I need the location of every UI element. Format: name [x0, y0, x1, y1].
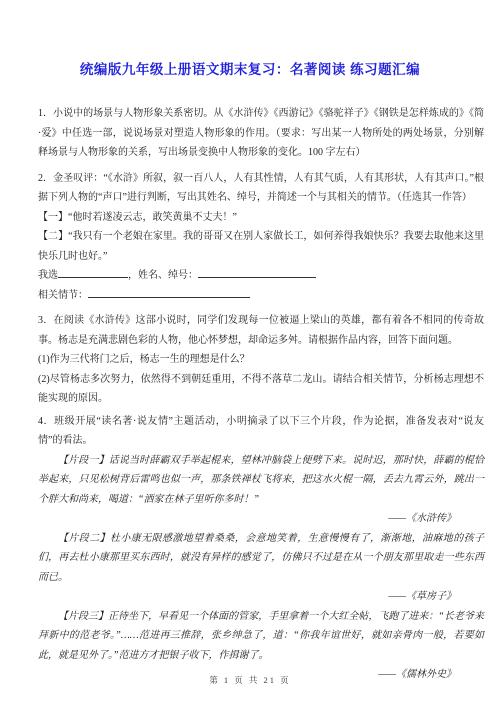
- document-body: 1．小说中的场景与人物形象关系密切。从《水浒传》《西游记》《骆驼祥子》《钢铁是怎…: [0, 104, 500, 685]
- fill-name-label: ，姓名、绰号：: [128, 270, 198, 281]
- page-title: 统编版九年级上册语文期末复习：名著阅读 练习题汇编: [0, 58, 500, 78]
- q4-source-2: ——《草房子》: [38, 587, 484, 607]
- fill-plot-label: 相关情节：: [38, 290, 88, 301]
- question-1: 1．小说中的场景与人物形象关系密切。从《水浒传》《西游记》《骆驼祥子》《钢铁是怎…: [38, 104, 484, 163]
- q4-fragment-1: 【片段一】话说当时薛霸双手举起棍来，望林冲脑袋上便劈下来。说时迟，那时快，薛霸的…: [38, 451, 484, 510]
- question-3-sub-1: (1)作为三代将门之后，杨志一生的理想是什么？: [38, 350, 484, 370]
- q2-answer-line-1: 我选，姓名、绰号：: [38, 266, 484, 286]
- question-2-option-1: 【一】“他时若遂凌云志，敢笑黄巢不丈夫！”: [38, 208, 484, 228]
- document-page: 统编版九年级上册语文期末复习：名著阅读 练习题汇编 1．小说中的场景与人物形象关…: [0, 0, 500, 708]
- q4-fragment-3: 【片段三】正待坐下，早看见一个体面的管家，手里拿着一个大红全帖，飞跑了进来：“长…: [38, 607, 484, 666]
- question-3-sub-2: (2)尽管杨志多次努力，依然得不到朝廷重用，不得不落草二龙山。请结合相关情节，分…: [38, 370, 484, 409]
- page-number-footer: 第 1 页 共 21 页: [0, 674, 500, 686]
- question-4-intro: 4．班级开展“读名著·说友情”主题活动，小明摘录了以下三个片段，作为论据，准备发…: [38, 412, 484, 451]
- q4-fragment-2: 【片段二】杜小康无限感激地望着桑桑，会意地笑着，生意慢慢有了，渐渐地，油麻地的孩…: [38, 529, 484, 588]
- question-3-intro: 3．在阅读《水浒传》这部小说时，同学们发现每一位被逼上梁山的英雄，都有着各不相同…: [38, 311, 484, 350]
- question-2-option-2: 【二】“我只有一个老娘在家里。我的哥哥又在别人家做长工，如何养得我娘快乐？我要去…: [38, 227, 484, 266]
- answer-blank-plot: [88, 288, 250, 298]
- answer-blank-name: [198, 268, 316, 278]
- fill-select-label: 我选: [38, 270, 58, 281]
- q4-source-1: ——《水浒传》: [38, 509, 484, 529]
- q2-answer-line-2: 相关情节：: [38, 286, 484, 306]
- question-2-intro: 2．金圣叹评：“《水浒》所叙，叙一百八人，人有其性情，人有其气质，人有其形状，人…: [38, 169, 484, 208]
- answer-blank-select: [58, 268, 128, 278]
